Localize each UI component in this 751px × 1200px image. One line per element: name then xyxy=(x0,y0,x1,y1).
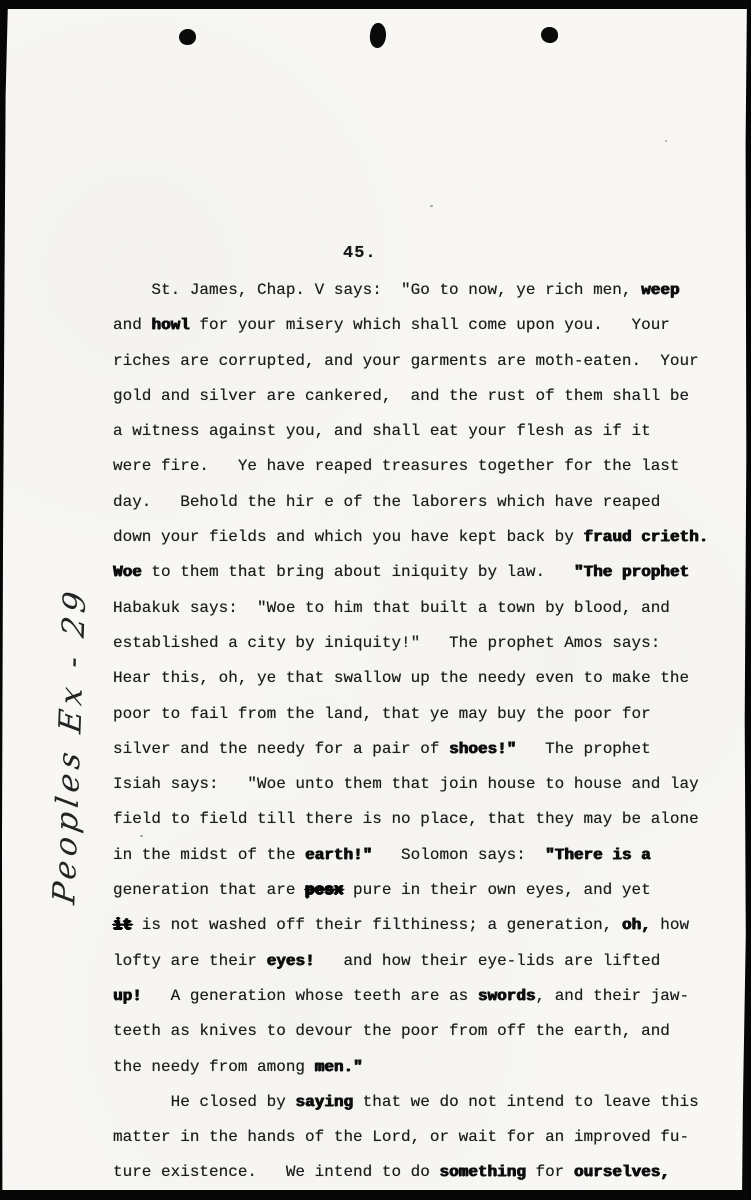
page-number: 45. xyxy=(343,244,377,263)
text-line: teeth as knives to devour the poor from … xyxy=(113,1014,738,1049)
scan-speck xyxy=(595,565,597,567)
overstruck-text: men." xyxy=(315,1058,363,1076)
overstruck-text: something xyxy=(439,1163,525,1181)
typed-text: pure in their own eyes, and yet xyxy=(343,881,650,899)
overstruck-text: earth!" xyxy=(305,846,372,864)
text-line: established a city by iniquity!" The pro… xyxy=(113,626,738,661)
text-line: day. Behold the hir e of the laborers wh… xyxy=(113,485,738,520)
typed-text: Habakuk says: "Woe to him that built a t… xyxy=(113,599,670,617)
typed-text: the needy from among xyxy=(113,1058,315,1076)
typed-text: Isiah says: "Woe unto them that join hou… xyxy=(113,775,699,793)
text-line: ture existence. We intend to do somethin… xyxy=(113,1155,738,1190)
text-line: Woe to them that bring about iniquity by… xyxy=(113,555,738,590)
text-line: He closed by saying that we do not inten… xyxy=(113,1085,738,1120)
typed-text: generation that are xyxy=(113,881,305,899)
typed-text: and xyxy=(113,316,151,334)
typed-text: is not washed off their filthiness; a ge… xyxy=(132,916,622,934)
text-line: in the midst of the earth!" Solomon says… xyxy=(113,838,738,873)
text-line: poor to fail from the land, that ye may … xyxy=(113,697,738,732)
text-line: Hear this, oh, ye that swallow up the ne… xyxy=(113,661,738,696)
typed-text: The prophet xyxy=(516,740,650,758)
scan-speck xyxy=(140,835,143,837)
typed-text: St. James, Chap. V says: "Go to now, ye … xyxy=(113,281,641,299)
overstruck-text: it xyxy=(113,916,132,934)
overstruck-text: up! xyxy=(113,987,142,1005)
text-line: lofty are their eyes! and how their eye-… xyxy=(113,944,738,979)
text-line: field to field till there is no place, t… xyxy=(113,802,738,837)
overstruck-text: "The prophet xyxy=(574,563,689,581)
overstruck-text: howl xyxy=(151,316,189,334)
typed-text: matter in the hands of the Lord, or wait… xyxy=(113,1128,689,1146)
typed-text: teeth as knives to devour the poor from … xyxy=(113,1022,670,1040)
typed-text: a witness against you, and shall eat you… xyxy=(113,422,651,440)
typed-text: He closed by xyxy=(113,1093,295,1111)
overstruck-text: pesx xyxy=(305,881,343,899)
overstruck-text: shoes!" xyxy=(449,740,516,758)
overstruck-text: fraud crieth. xyxy=(583,528,708,546)
typed-text-body: St. James, Chap. V says: "Go to now, ye … xyxy=(113,273,738,1191)
typed-text: in the midst of the xyxy=(113,846,305,864)
text-line: Isiah says: "Woe unto them that join hou… xyxy=(113,767,738,802)
typed-text: established a city by iniquity!" The pro… xyxy=(113,634,660,652)
typed-text: ture existence. We intend to do xyxy=(113,1163,439,1181)
text-line: riches are corrupted, and your garments … xyxy=(113,344,738,379)
text-line: Habakuk says: "Woe to him that built a t… xyxy=(113,591,738,626)
text-line: the needy from among men." xyxy=(113,1050,738,1085)
typed-text: riches are corrupted, and your garments … xyxy=(113,352,699,370)
typed-text: down your fields and which you have kept… xyxy=(113,528,583,546)
typed-text: Solomon says: xyxy=(372,846,545,864)
text-line: matter in the hands of the Lord, or wait… xyxy=(113,1120,738,1155)
text-line: silver and the needy for a pair of shoes… xyxy=(113,732,738,767)
overstruck-text: swords xyxy=(478,987,536,1005)
scan-edge-top xyxy=(0,0,751,9)
overstruck-text: ourselves, xyxy=(574,1163,670,1181)
typed-text: that we do not intend to leave this xyxy=(353,1093,699,1111)
text-line: down your fields and which you have kept… xyxy=(113,520,738,555)
typed-text: and how their eye-lids are lifted xyxy=(315,952,661,970)
overstruck-text: oh, xyxy=(622,916,651,934)
typed-text: to them that bring about iniquity by law… xyxy=(142,563,574,581)
typed-text: day. Behold the hir e of the laborers wh… xyxy=(113,493,660,511)
text-line: and howl for your misery which shall com… xyxy=(113,308,738,343)
overstruck-text: eyes! xyxy=(267,952,315,970)
binding-hole-icon xyxy=(179,29,196,45)
typed-text: how xyxy=(651,916,689,934)
typed-text: Hear this, oh, ye that swallow up the ne… xyxy=(113,669,689,687)
typed-text: poor to fail from the land, that ye may … xyxy=(113,705,651,723)
text-line: a witness against you, and shall eat you… xyxy=(113,414,738,449)
typed-text: for your misery which shall come upon yo… xyxy=(190,316,670,334)
overstruck-text: weep xyxy=(641,281,679,299)
scan-speck xyxy=(665,140,667,142)
text-line: gold and silver are cankered, and the ru… xyxy=(113,379,738,414)
overstruck-text: "There is a xyxy=(545,846,651,864)
typed-text: were fire. Ye have reaped treasures toge… xyxy=(113,457,680,475)
text-line: generation that are pesx pure in their o… xyxy=(113,873,738,908)
exhibit-stamp-handwriting: Peoples Ex - 29 xyxy=(47,584,94,907)
binding-hole-icon xyxy=(541,27,558,43)
typed-text: field to field till there is no place, t… xyxy=(113,810,699,828)
overstruck-text: Woe xyxy=(113,563,142,581)
scan-speck xyxy=(430,205,433,207)
text-line: it is not washed off their filthiness; a… xyxy=(113,908,738,943)
overstruck-text: saying xyxy=(295,1093,353,1111)
typed-text: for xyxy=(526,1163,574,1181)
typed-text: gold and silver are cankered, and the ru… xyxy=(113,387,689,405)
typed-text: silver and the needy for a pair of xyxy=(113,740,449,758)
typed-text: , and their jaw- xyxy=(535,987,689,1005)
text-line: up! A generation whose teeth are as swor… xyxy=(113,979,738,1014)
typed-text: A generation whose teeth are as xyxy=(142,987,478,1005)
text-line: were fire. Ye have reaped treasures toge… xyxy=(113,449,738,484)
scan-edge-bottom xyxy=(0,1190,751,1200)
typed-text: lofty are their xyxy=(113,952,267,970)
text-line: St. James, Chap. V says: "Go to now, ye … xyxy=(113,273,738,308)
